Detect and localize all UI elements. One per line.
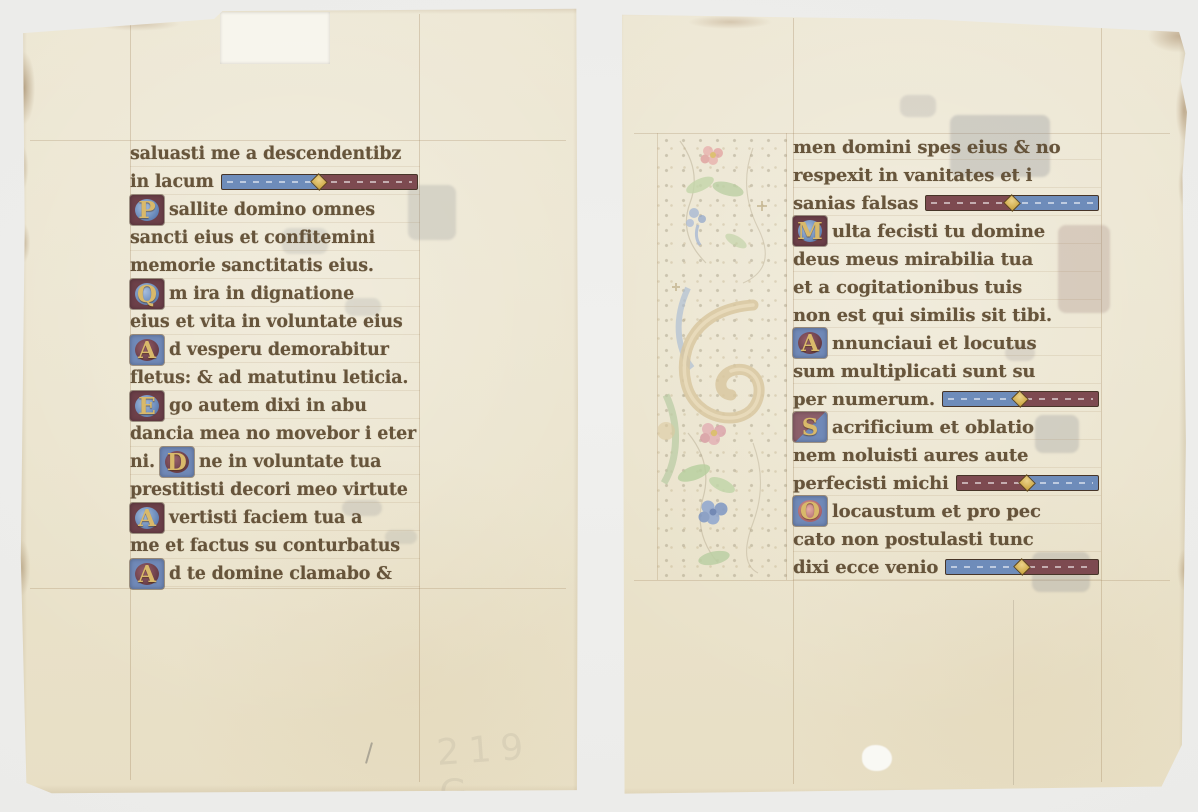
manuscript-text-line: prestitisti decori meo virtute [130,476,420,504]
manuscript-text-line: eius et vita in voluntate eius [130,308,420,336]
line-text: dixi ecce venio [793,557,938,578]
line-text: dancia mea no movebor i eter [130,424,416,444]
pink-flower-top [701,146,724,165]
left-page-text-block: saluasti me a descendentibzin lacumPsall… [130,140,420,588]
manuscript-text-line: dixi ecce venio [793,553,1101,581]
left-manuscript-leaf: saluasti me a descendentibzin lacumPsall… [18,8,578,794]
line-text: non est qui similis sit tibi. [793,305,1052,326]
line-filler [945,559,1099,575]
line-text: d vesperu demorabitur [169,340,389,360]
manuscript-text-line: saluasti me a descendentibz [130,140,420,168]
line-text: d te domine clamabo & [169,564,392,584]
pencil-inscription: 219 G [435,723,580,812]
line-text: vertisti faciem tua a [169,508,362,528]
line-filler [956,475,1099,491]
floral-border-panel [657,133,787,580]
manuscript-text-line: Olocaustum et pro pec [793,497,1101,525]
line-text: nem noluisti aures aute [793,445,1028,466]
manuscript-text-line: dancia mea no movebor i eter [130,420,420,448]
manuscript-text-line: et a cogitationibus tuis [793,273,1101,301]
manuscript-text-line: men domini spes eius & no [793,133,1101,161]
line-text: prestitisti decori meo virtute [130,480,408,500]
line-filler [942,391,1099,407]
line-filler [925,195,1099,211]
line-text: men domini spes eius & no [793,137,1060,158]
illuminated-initial: O [793,496,827,526]
illuminated-initial: A [130,335,164,365]
manuscript-text-line: nem noluisti aures aute [793,441,1101,469]
line-text: ni. [130,452,155,472]
paint-loss-spot [862,745,892,771]
tape-residue [220,12,330,64]
illuminated-initial: D [160,447,194,477]
illuminated-initial: E [130,391,164,421]
manuscript-text-line: in lacum [130,168,420,196]
acanthus-scroll [658,288,759,483]
manuscript-text-line: ni.Dne in voluntate tua [130,448,420,476]
line-text: fletus: & ad matutinu leticia. [130,368,408,388]
manuscript-text-line: sanias falsas [793,189,1101,217]
illuminated-initial: A [130,503,164,533]
manuscript-text-line: me et factus su conturbatus [130,532,420,560]
line-text: ulta fecisti tu domine [832,221,1045,242]
floral-border-art [658,133,786,580]
illuminated-initial: M [793,216,827,246]
manuscript-text-line: fletus: & ad matutinu leticia. [130,364,420,392]
pink-flower-lower [700,423,726,445]
fold-crease [1013,600,1014,785]
blue-sprig [686,208,706,245]
illuminated-initial: S [793,412,827,442]
right-manuscript-leaf: men domini spes eius & norespexit in van… [620,10,1187,796]
line-text: cato non postulasti tunc [793,529,1034,550]
line-text: nnunciaui et locutus [832,333,1036,354]
line-text: sum multiplicati sunt su [793,361,1035,382]
manuscript-text-line: non est qui similis sit tibi. [793,301,1101,329]
illuminated-initial: A [793,328,827,358]
illuminated-initial: P [130,195,164,225]
ruling-line [30,588,566,589]
manuscript-text-line: Avertisti faciem tua a [130,504,420,532]
manuscript-text-line: Psallite domino omnes [130,196,420,224]
pencil-mark [365,742,373,764]
manuscript-text-line: sancti eius et confitemini [130,224,420,252]
line-text: me et factus su conturbatus [130,536,400,556]
line-text: saluasti me a descendentibz [130,144,401,164]
line-text: eius et vita in voluntate eius [130,312,403,332]
illuminated-initial: A [130,559,164,589]
line-text: deus meus mirabilia tua [793,249,1033,270]
manuscript-text-line: respexit in vanitates et i [793,161,1101,189]
line-text: sancti eius et confitemini [130,228,375,248]
manuscript-text-line: deus meus mirabilia tua [793,245,1101,273]
manuscript-text-line: Ad vesperu demorabitur [130,336,420,364]
line-text: m ira in dignatione [169,284,354,304]
manuscript-text-line: perfecisti michi [793,469,1101,497]
line-text: acrificium et oblatio [832,417,1034,438]
manuscript-text-line: Qm ira in dignatione [130,280,420,308]
line-text: sanias falsas [793,193,918,214]
photograph-of-manuscript-leaves: saluasti me a descendentibzin lacumPsall… [0,0,1198,812]
line-text: in lacum [130,172,214,192]
line-text: et a cogitationibus tuis [793,277,1022,298]
line-text: sallite domino omnes [169,200,375,220]
manuscript-text-line: memorie sanctitatis eius. [130,252,420,280]
line-filler [221,174,418,190]
line-text: locaustum et pro pec [832,501,1041,522]
line-text: perfecisti michi [793,473,949,494]
manuscript-text-line: per numerum. [793,385,1101,413]
manuscript-text-line: Multa fecisti tu domine [793,217,1101,245]
line-text: ne in voluntate tua [199,452,381,472]
line-text: respexit in vanitates et i [793,165,1032,186]
manuscript-text-line: Ego autem dixi in abu [130,392,420,420]
line-text: go autem dixi in abu [169,396,367,416]
manuscript-text-line: Annunciaui et locutus [793,329,1101,357]
ruling-line [1101,22,1102,782]
illuminated-initial: Q [130,279,164,309]
manuscript-text-line: sum multiplicati sunt su [793,357,1101,385]
manuscript-text-line: Ad te domine clamabo & [130,560,420,588]
right-page-text-block: men domini spes eius & norespexit in van… [793,133,1101,581]
manuscript-text-line: cato non postulasti tunc [793,525,1101,553]
stain [900,95,936,117]
line-text: memorie sanctitatis eius. [130,256,374,276]
line-text: per numerum. [793,389,935,410]
blue-pansy [699,501,728,525]
manuscript-text-line: Sacrificium et oblatio [793,413,1101,441]
